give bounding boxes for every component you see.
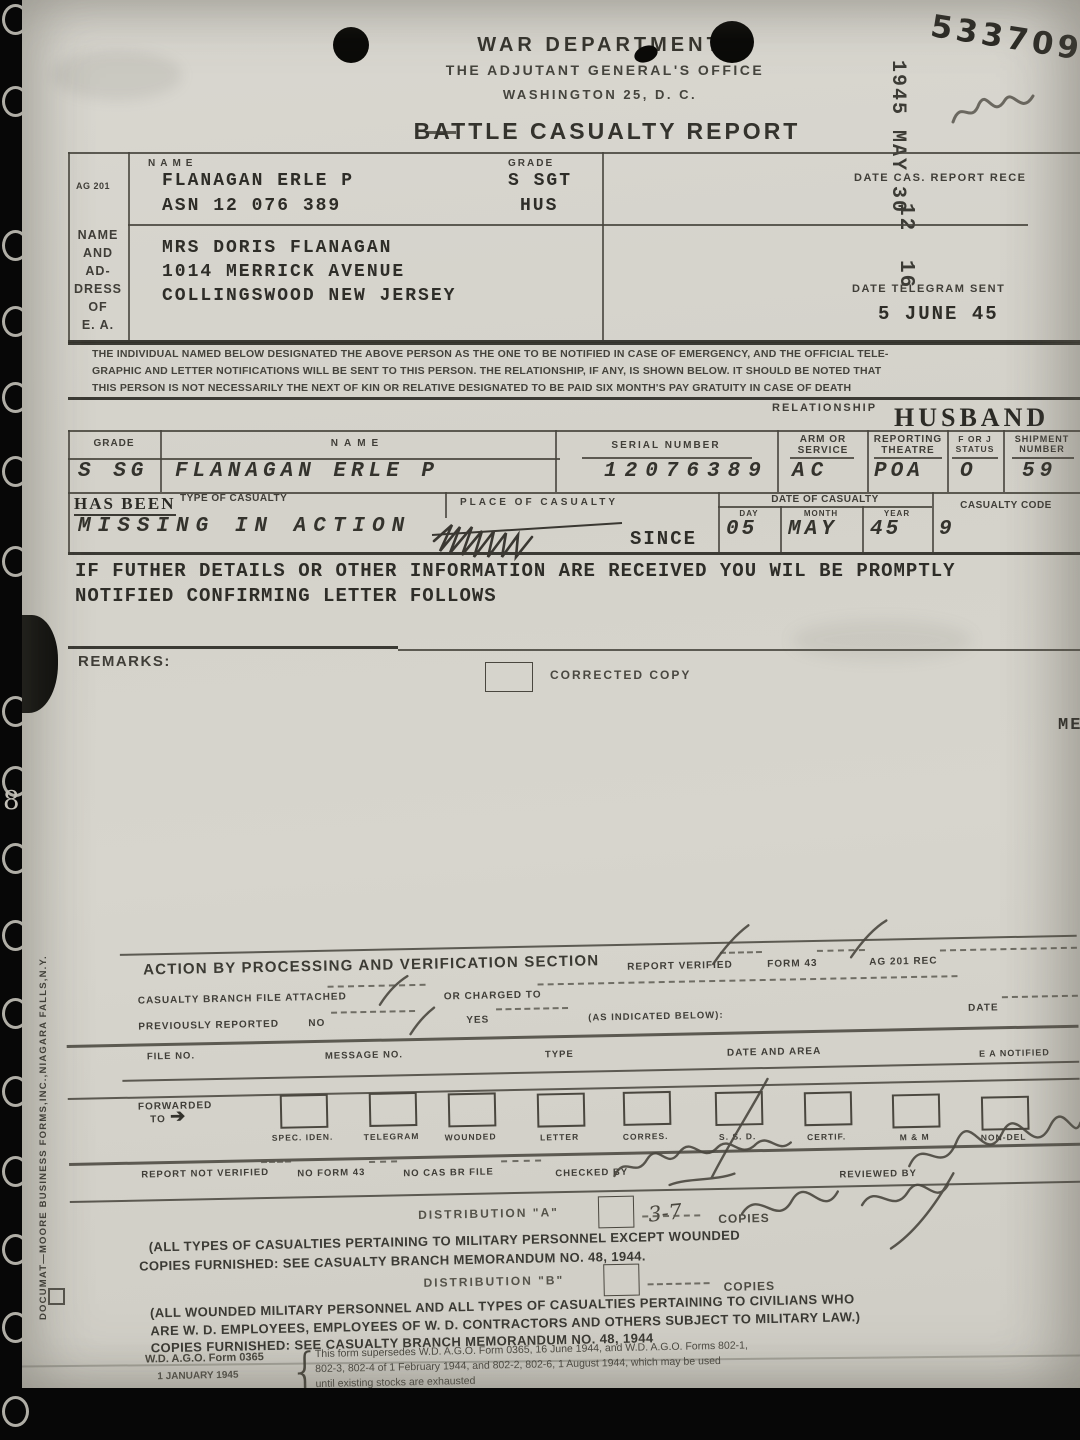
reviewed-by-signature xyxy=(908,1116,1080,1166)
scanned-battle-casualty-report: { "header": { "department": "WAR DEPARTM… xyxy=(0,0,1080,1440)
col-serial: SERIAL NUMBER xyxy=(555,440,777,451)
date-telegram-sent-label: DATE TELEGRAM SENT xyxy=(852,283,1005,295)
col-name: NAME xyxy=(160,438,555,449)
notice-line: THIS PERSON IS NOT NECESSARILY THE NEXT … xyxy=(92,382,851,394)
ea-label-line: OF xyxy=(68,300,128,314)
ea-label-line: DRESS xyxy=(68,282,128,296)
ink-blob xyxy=(333,27,369,63)
year-label: YEAR xyxy=(862,509,932,518)
type-of-casualty-label: TYPE OF CASUALTY xyxy=(180,493,287,504)
name-column-label: NAME xyxy=(148,158,197,169)
grade-hus: HUS xyxy=(520,196,558,216)
col-theatre: REPORTING THEATRE xyxy=(872,434,944,456)
col-grade: GRADE xyxy=(68,438,160,449)
corrected-copy-checkbox xyxy=(485,662,533,692)
date-cas-report-label: DATE CAS. REPORT RECE xyxy=(854,172,1026,184)
ea-label-line: E. A. xyxy=(68,318,128,332)
ink-blob xyxy=(710,21,754,63)
punch-hole xyxy=(2,1396,29,1427)
day-label: DAY xyxy=(718,509,780,518)
code-value: 9 xyxy=(939,518,952,541)
col-forj: F OR J STATUS xyxy=(950,434,1000,454)
month-value: MAY xyxy=(788,518,838,541)
casualty-code-label: CASUALTY CODE xyxy=(932,500,1080,511)
date-telegram-sent-value: 5 JUNE 45 xyxy=(878,303,999,325)
stain xyxy=(52,50,182,100)
val-theatre: POA xyxy=(874,460,924,483)
val-forj: O xyxy=(960,460,973,483)
grade-column-label: GRADE xyxy=(508,158,554,169)
washington-dc-line: WASHINGTON 25, D. C. xyxy=(503,87,697,102)
val-grade: S SG xyxy=(78,460,148,483)
ag-201-label: AG 201 xyxy=(76,181,110,191)
typed-fragment: ME xyxy=(1058,716,1080,735)
ea-street: 1014 MERRICK AVENUE xyxy=(162,262,405,282)
col-shipment: SHIPMENT NUMBER xyxy=(1008,434,1076,454)
printer-imprint: DOCUMAT—MOORE BUSINESS FORMS,INC.,NIAGAR… xyxy=(38,980,49,1320)
ea-name: MRS DORIS FLANAGAN xyxy=(162,238,392,258)
soldier-name: FLANAGAN ERLE P xyxy=(162,171,354,191)
month-label: MONTH xyxy=(780,509,862,518)
ea-label-line: AD- xyxy=(68,264,128,278)
message-line: NOTIFIED CONFIRMING LETTER FOLLOWS xyxy=(75,585,497,607)
checked-by-signature xyxy=(614,1140,792,1176)
date-of-casualty-label: DATE OF CASUALTY xyxy=(718,494,932,505)
margin-numeral: 8 xyxy=(3,786,20,816)
notice-line: GRAPHIC AND LETTER NOTIFICATIONS WILL BE… xyxy=(92,365,881,377)
day-value: 05 xyxy=(726,518,757,541)
pencil-initials xyxy=(947,84,1042,134)
val-arm: AC xyxy=(792,460,829,483)
casualty-type-value: MISSING IN ACTION xyxy=(78,515,411,538)
val-shipment: 59 xyxy=(1022,460,1057,483)
ea-label-line: NAME xyxy=(68,228,128,242)
val-serial: 12076389 xyxy=(604,460,769,483)
corrected-copy-label: CORRECTED COPY xyxy=(550,668,691,682)
since-text: SINCE xyxy=(630,528,697,550)
date-received-stamp-2: 12 xyxy=(894,203,917,253)
soldier-asn: ASN 12 076 389 xyxy=(162,196,341,216)
date-received-stamp: 1945 MAY 30 xyxy=(886,60,909,220)
remarks-label: REMARKS: xyxy=(78,653,171,670)
val-name: FLANAGAN ERLE P xyxy=(175,460,439,483)
small-square-mark xyxy=(48,1288,65,1305)
ea-city: COLLINGSWOOD NEW JERSEY xyxy=(162,286,456,306)
processing-section: ACTION BY PROCESSING AND VERIFICATION SE… xyxy=(64,915,1080,1375)
ea-label-line: AND xyxy=(68,246,128,260)
has-been-stamp: HAS BEEN xyxy=(74,494,176,516)
stain xyxy=(792,620,972,660)
war-department-heading: WAR DEPARTMENT xyxy=(477,34,723,57)
adjutant-general-office: THE ADJUTANT GENERAL'S OFFICE xyxy=(446,62,765,78)
document-page: WAR DEPARTMENT THE ADJUTANT GENERAL'S OF… xyxy=(22,0,1080,1388)
relationship-label: RELATIONSHIP xyxy=(772,402,877,414)
soldier-grade: S SGT xyxy=(508,171,572,191)
scribbled-out-text xyxy=(430,511,630,553)
place-of-casualty-label: PLACE OF CASUALTY xyxy=(460,497,618,508)
relationship-stamp: HUSBAND xyxy=(894,403,1049,433)
pencil-marks xyxy=(64,915,1080,1375)
file-serial-stamp: 533709 xyxy=(928,8,1080,68)
ink-blotch xyxy=(22,615,58,713)
col-arm: ARM OR SERVICE xyxy=(792,434,854,456)
message-line: IF FUTHER DETAILS OR OTHER INFORMATION A… xyxy=(75,560,956,582)
date-received-stamp-3: 16 xyxy=(894,260,917,304)
report-title: BATTLE CASUALTY REPORT xyxy=(414,118,801,145)
footer-note-line: until existing stocks are exhausted xyxy=(315,1375,475,1388)
year-value: 45 xyxy=(870,518,901,541)
notice-line: THE INDIVIDUAL NAMED BELOW DESIGNATED TH… xyxy=(92,348,889,360)
